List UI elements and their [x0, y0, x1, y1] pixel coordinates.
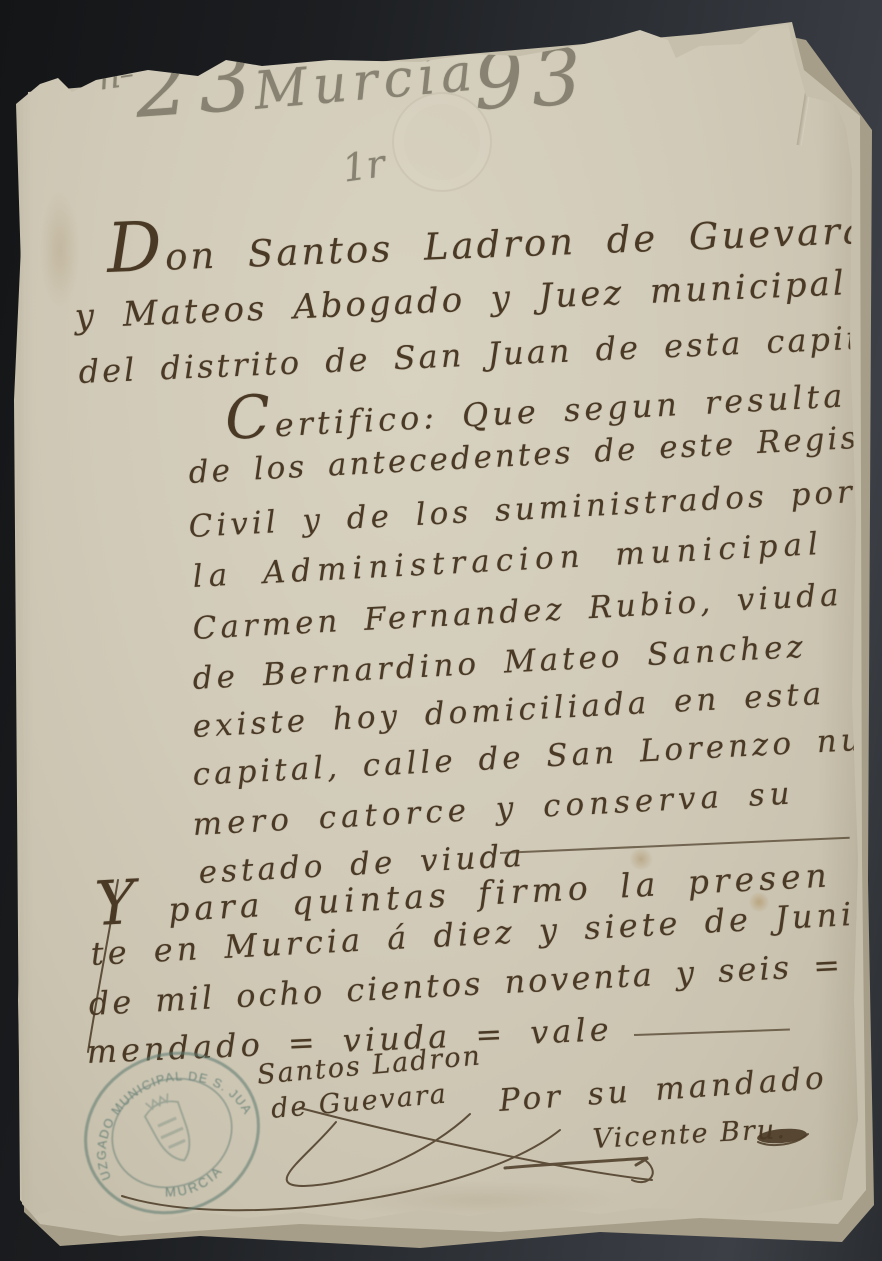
photograph-background: nº 23 Murcia 93 1r Don Santos Ladron de … — [0, 0, 882, 1261]
svg-text:MURCIA: MURCIA — [160, 1160, 230, 1207]
clerk-underline — [505, 1158, 648, 1168]
judge-rubric — [287, 1114, 470, 1186]
clerk-signature-name: Vicente Bru. — [592, 1116, 787, 1153]
filler-rule — [634, 1029, 790, 1036]
stamp-bottom-text: MURCIA — [160, 1160, 230, 1207]
folio-mark: 1r — [340, 144, 387, 188]
document-page: nº 23 Murcia 93 1r Don Santos Ladron de … — [0, 0, 882, 1261]
pencil-number-prefix: nº — [96, 57, 138, 96]
heading-line: Don Santos Ladron de Guevara — [106, 197, 869, 278]
edge-stain — [40, 190, 80, 310]
clerk-signature-intro: Por su mandado — [498, 1063, 829, 1117]
pencil-number: 23 — [132, 37, 264, 130]
stamp-coat-of-arms — [140, 1091, 201, 1168]
clerk-swirl — [632, 1158, 653, 1182]
